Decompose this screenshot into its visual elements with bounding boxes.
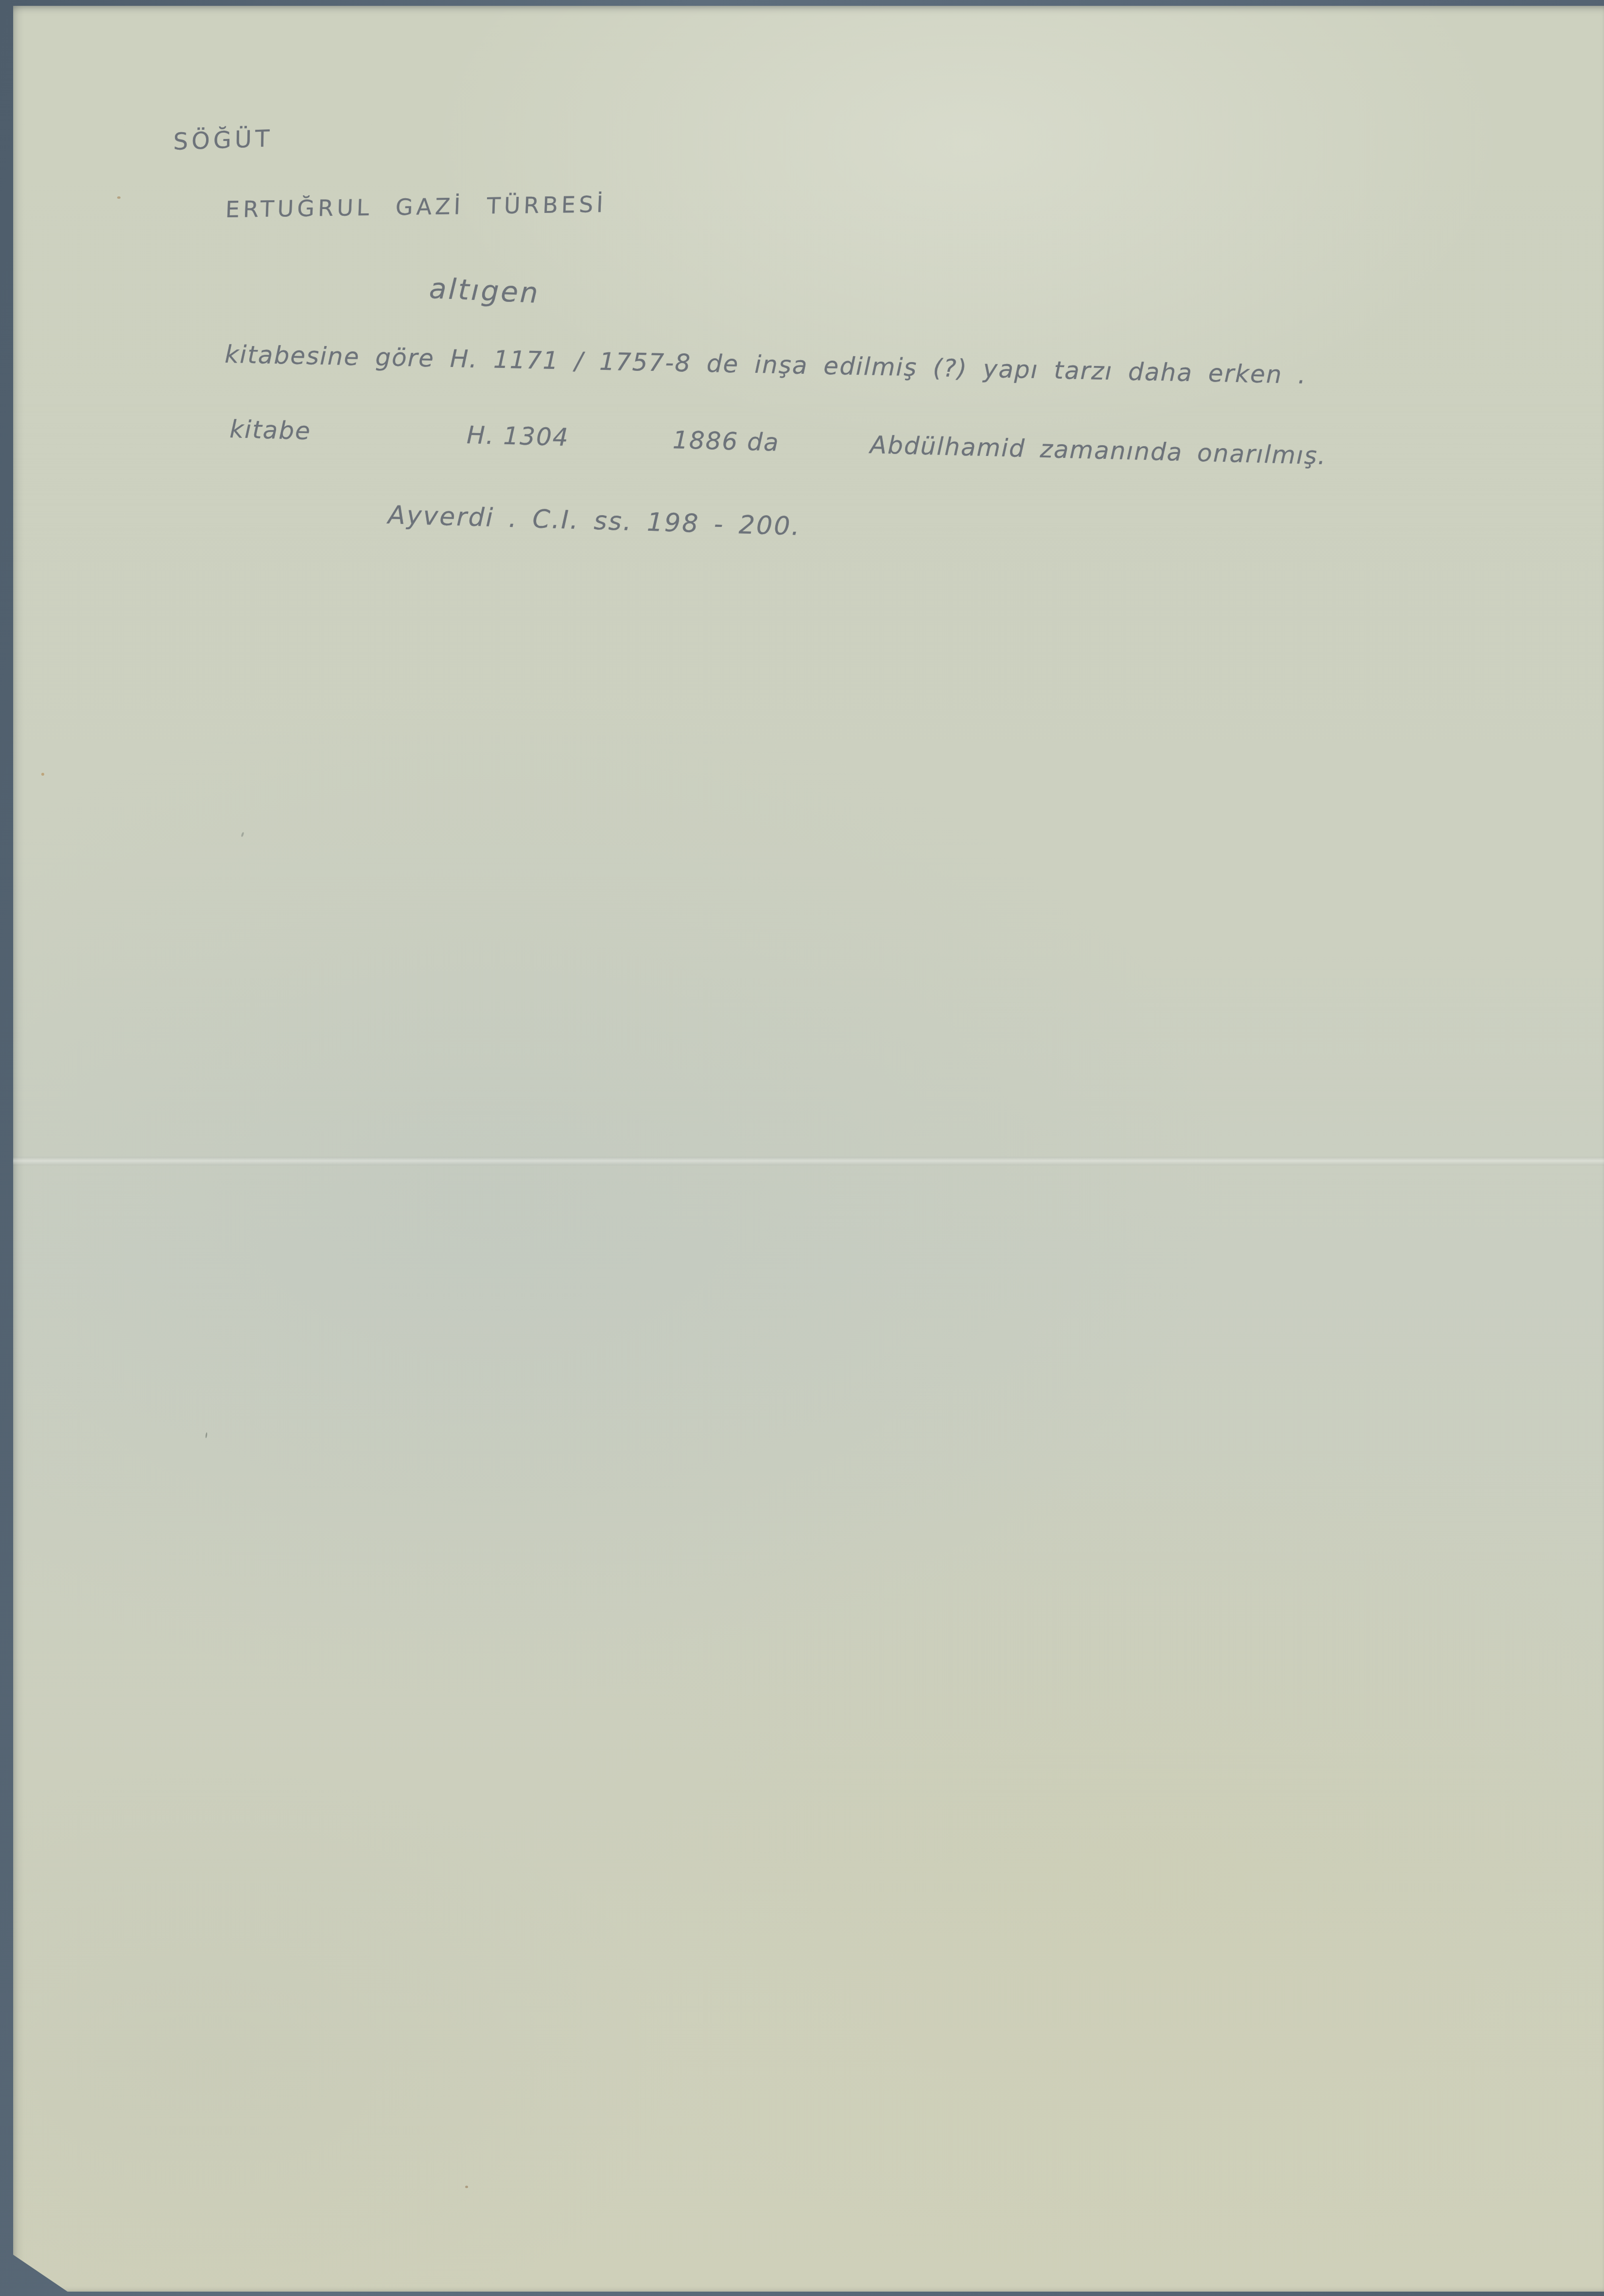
construction-note-line: kitabesine göre H. 1171 / 1757-8 de inşa… <box>225 340 1307 389</box>
shape-annotation: altıgen <box>429 272 541 310</box>
fold-crease <box>13 1157 1604 1165</box>
monument-heading: ERTUĞRUL GAZİ TÜRBESİ <box>225 191 607 223</box>
scanner-backing: SÖĞÜT ERTUĞRUL GAZİ TÜRBESİ altıgen kita… <box>0 0 1604 2296</box>
place-heading: SÖĞÜT <box>173 125 273 156</box>
paper-sheet: SÖĞÜT ERTUĞRUL GAZİ TÜRBESİ altıgen kita… <box>13 6 1604 2292</box>
repair-note-line: kitabe H. 1304 1886 da Abdülhamid zamanı… <box>229 415 1406 487</box>
repair-gregorian-date: 1886 da <box>672 426 780 456</box>
repair-detail: Abdülhamid zamanında onarılmış. <box>870 431 1327 470</box>
repair-label: kitabe <box>229 415 312 445</box>
repair-hijri-date: H. 1304 <box>466 421 569 452</box>
paper-speck <box>205 1432 208 1438</box>
paper-speck <box>41 773 44 776</box>
paper-speck <box>117 196 121 199</box>
reference-citation: Ayverdi . C.I. ss. 198 - 200. <box>387 501 801 541</box>
paper-speck <box>465 2186 468 2188</box>
paper-speck <box>241 832 244 837</box>
